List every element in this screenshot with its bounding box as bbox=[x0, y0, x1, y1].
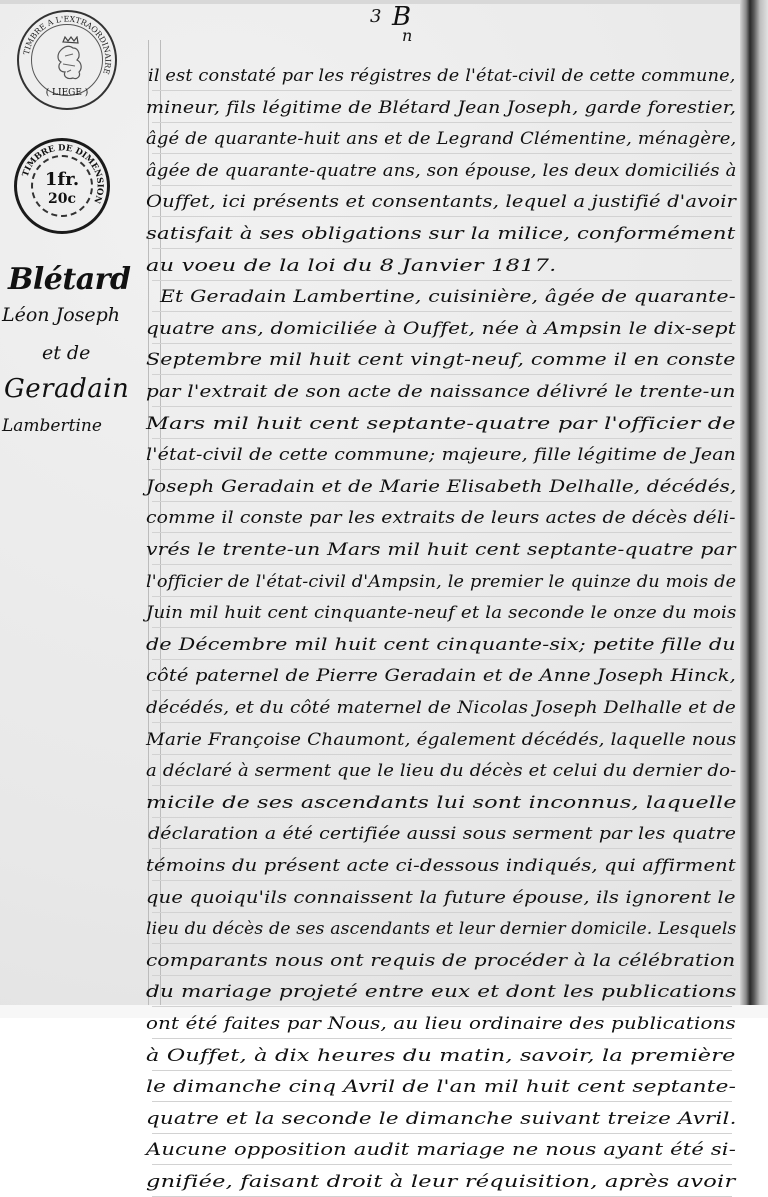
text-line: satisfait à ses obligations sur la milic… bbox=[146, 224, 735, 243]
ruling-line bbox=[152, 943, 732, 944]
ruling-line bbox=[152, 532, 732, 533]
ruling-line bbox=[152, 248, 732, 249]
ruling-line bbox=[152, 90, 732, 91]
ruling-line bbox=[152, 627, 732, 628]
text-line: du mariage projeté entre eux et dont les… bbox=[146, 982, 737, 1001]
register-page bbox=[0, 0, 740, 1005]
ruling-line bbox=[152, 817, 732, 818]
text-line: Septembre mil huit cent vingt-neuf, comm… bbox=[146, 350, 736, 369]
text-line: Marie Françoise Chaumont, également décé… bbox=[146, 730, 736, 749]
groom-given-names: Léon Joseph bbox=[2, 304, 120, 326]
text-line: témoins du présent acte ci-dessous indiq… bbox=[146, 856, 736, 875]
ruling-line bbox=[152, 469, 732, 470]
ruling-line bbox=[152, 564, 732, 565]
bride-given-name: Lambertine bbox=[2, 416, 102, 436]
text-line: lieu du décès de ses ascendants et leur … bbox=[146, 919, 737, 938]
stamp-value-centimes: 20c bbox=[17, 191, 107, 207]
text-line: Mars mil huit cent septante-quatre par l… bbox=[146, 414, 736, 433]
text-line: micile de ses ascendants lui sont inconn… bbox=[146, 793, 737, 812]
text-line: déclaration a été certifiée aussi sous s… bbox=[148, 824, 736, 843]
groom-surname: Blétard bbox=[8, 262, 130, 297]
ruling-line bbox=[152, 690, 732, 691]
dimension-stamp: TIMBRE DE DIMENSION 1fr. 20c bbox=[14, 138, 110, 234]
ruling-line bbox=[152, 311, 732, 312]
text-line: Joseph Geradain et de Marie Elisabeth De… bbox=[146, 477, 737, 496]
margin-conjunction: et de bbox=[42, 342, 90, 364]
book-binding-gutter bbox=[740, 0, 768, 1005]
text-line: que quoiqu'ils connaissent la future épo… bbox=[146, 888, 736, 907]
text-line: mineur, fils légitime de Blétard Jean Jo… bbox=[146, 98, 736, 117]
text-line: comparants nous ont requis de procéder à… bbox=[146, 951, 735, 970]
ruling-line bbox=[152, 216, 732, 217]
stamp-bottom-text: ( LIEGE ) bbox=[19, 88, 115, 98]
ruling-line bbox=[152, 880, 732, 881]
text-line: l'officier de l'état-civil d'Ampsin, le … bbox=[146, 572, 736, 591]
bride-surname: Geradain bbox=[4, 374, 129, 404]
folio-submark: n bbox=[402, 26, 412, 45]
extraordinary-stamp: TIMBRE A L'EXTRAORDINAIRE ( LIEGE ) bbox=[17, 10, 117, 110]
ruling-line bbox=[152, 374, 732, 375]
text-line: Juin mil huit cent cinquante-neuf et la … bbox=[146, 603, 736, 622]
text-line: ont été faites par Nous, au lieu ordinai… bbox=[146, 1014, 736, 1018]
text-line: comme il conste par les extraits de leur… bbox=[146, 508, 736, 527]
ruling-line bbox=[152, 722, 732, 723]
text-line: l'état-civil de cette commune; majeure, … bbox=[146, 445, 736, 464]
ruling-line bbox=[152, 153, 732, 154]
text-line: côté paternel de Pierre Geradain et de A… bbox=[146, 666, 736, 685]
page-number: 3 bbox=[370, 6, 381, 27]
text-line: quatre ans, domiciliée à Ouffet, née à A… bbox=[146, 319, 736, 338]
ruling-line bbox=[152, 754, 732, 755]
text-line: au voeu de la loi du 8 Janvier 1817. bbox=[146, 256, 556, 275]
text-line: par l'extrait de son acte de naissance d… bbox=[146, 382, 736, 401]
ruling-line bbox=[152, 438, 732, 439]
text-line: il est constaté par les régistres de l'é… bbox=[148, 66, 736, 85]
ruling-line bbox=[152, 280, 732, 281]
ruling-line bbox=[152, 406, 732, 407]
text-line: a déclaré à serment que le lieu du décès… bbox=[146, 761, 736, 780]
ruling-line bbox=[152, 1006, 732, 1007]
ruling-line bbox=[152, 185, 732, 186]
ruling-line bbox=[152, 501, 732, 502]
ruling-line bbox=[152, 596, 732, 597]
ruling-line bbox=[152, 343, 732, 344]
crowned-lion-icon bbox=[51, 36, 87, 84]
ruling-line bbox=[152, 912, 732, 913]
text-line: âgée de quarante-quatre ans, son épouse,… bbox=[146, 161, 737, 180]
text-line: âgé de quarante-huit ans et de Legrand C… bbox=[146, 129, 736, 148]
page-top-edge bbox=[0, 0, 768, 4]
stamp-value-francs: 1fr. bbox=[17, 169, 107, 190]
text-line: Et Geradain Lambertine, cuisinière, âgée… bbox=[160, 287, 736, 306]
ruling-line bbox=[152, 659, 732, 660]
text-line: vrés le trente-un Mars mil huit cent sep… bbox=[146, 540, 736, 559]
ruling-line bbox=[152, 785, 732, 786]
ruling-line bbox=[152, 848, 732, 849]
text-line: Ouffet, ici présents et consentants, leq… bbox=[146, 192, 736, 211]
ruling-line bbox=[152, 122, 732, 123]
text-line: de Décembre mil huit cent cinquante-six;… bbox=[146, 635, 736, 654]
text-line: décédés, et du côté maternel de Nicolas … bbox=[146, 698, 736, 717]
ruling-line bbox=[152, 975, 732, 976]
